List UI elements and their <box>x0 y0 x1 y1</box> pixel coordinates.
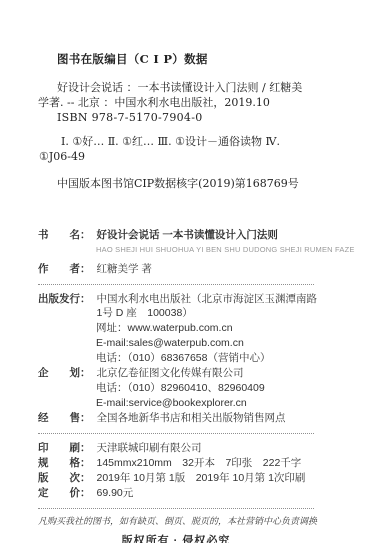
colon: ： <box>80 441 91 455</box>
publisher-email: E-mail:sales@waterpub.com.cn <box>96 336 318 350</box>
colophon-block: 书 名 ： 好设计会说话 一本书读懂设计入门法则 HAO SHEJI HUI S… <box>38 228 318 543</box>
cip-entry-line-1: 好设计会说话 ：一本书读懂设计入门法则 / 红糖美 <box>57 80 338 95</box>
publisher-label: 出版发行 <box>38 292 80 306</box>
colon: ： <box>80 456 91 470</box>
distribution-row: 经 售 ： 全国各地新华书店和相关出版物销售网点 <box>38 411 318 425</box>
format-label: 规 格 <box>38 456 80 470</box>
printing-row: 印 刷 ： 天津联城印刷有限公司 <box>38 441 318 455</box>
printing-group: 印 刷 ： 天津联城印刷有限公司 规 格 ： 145mmx210mm 32开本 … <box>38 441 318 500</box>
copyright-page: 图书在版编目（C I P）数据 好设计会说话 ：一本书读懂设计入门法则 / 红糖… <box>0 0 375 543</box>
cip-block: 图书在版编目（C I P）数据 好设计会说话 ：一本书读懂设计入门法则 / 红糖… <box>38 52 338 191</box>
colon: ： <box>80 228 91 242</box>
publisher-group: 出版发行 ： 中国水利水电出版社（北京市海淀区玉渊潭南路 1号 D 座 1000… <box>38 292 318 425</box>
purchase-notice: 凡购买我社的图书，如有缺页、倒页、脱页的，本社营销中心负责调换 <box>38 516 314 528</box>
dotted-divider-3 <box>38 508 314 509</box>
publisher-name: 中国水利水电出版社（北京市海淀区玉渊潭南路 1号 D 座 100038） <box>97 292 319 320</box>
planning-company: 北京亿卷征图文化传媒有限公司 <box>97 366 244 380</box>
edition-row: 版 次 ： 2019年 10月第 1版 2019年 10月第 1次印刷 <box>38 471 318 485</box>
planning-label: 企 划 <box>38 366 80 380</box>
edition-label: 版 次 <box>38 471 80 485</box>
author-row: 作 者 ： 红糖美学 著 <box>38 262 318 276</box>
book-title-pinyin: HAO SHEJI HUI SHUOHUA YI BEN SHU DUDONG … <box>96 245 318 255</box>
book-title-row: 书 名 ： 好设计会说话 一本书读懂设计入门法则 <box>38 228 318 242</box>
planning-row: 企 划 ： 北京亿卷征图文化传媒有限公司 <box>38 366 318 380</box>
planning-email: E-mail:service@bookexplorer.cn <box>96 396 318 410</box>
distribution-value: 全国各地新华书店和相关出版物销售网点 <box>97 411 286 425</box>
format-value: 145mmx210mm 32开本 7印张 222千字 <box>97 456 302 470</box>
colon: ： <box>80 471 91 485</box>
price-value: 69.90元 <box>97 486 134 500</box>
publisher-website: 网址：www.waterpub.com.cn <box>96 321 318 335</box>
colon: ： <box>80 486 91 500</box>
colon: ： <box>80 411 91 425</box>
cip-classification-line-2: ①J06-49 <box>39 149 338 164</box>
isbn-number: ISBN 978-7-5170-7904-0 <box>57 110 338 125</box>
publisher-row: 出版发行 ： 中国水利水电出版社（北京市海淀区玉渊潭南路 1号 D 座 1000… <box>38 292 318 320</box>
planning-phone: 电话：（010）82960410、82960409 <box>96 381 318 395</box>
colon: ： <box>80 292 91 306</box>
cip-entry-line-2: 学著. -- 北京 ：中国水利水电出版社，2019.10 <box>38 95 338 110</box>
edition-value: 2019年 10月第 1版 2019年 10月第 1次印刷 <box>97 471 306 485</box>
cip-header: 图书在版编目（C I P）数据 <box>57 52 338 67</box>
dotted-divider-1 <box>38 284 314 285</box>
book-title-label: 书 名 <box>38 228 80 242</box>
printing-label: 印 刷 <box>38 441 80 455</box>
format-row: 规 格 ： 145mmx210mm 32开本 7印张 222千字 <box>38 456 318 470</box>
author-value: 红糖美学 著 <box>97 262 152 276</box>
distribution-label: 经 售 <box>38 411 80 425</box>
author-label: 作 者 <box>38 262 80 276</box>
publisher-phone: 电话：（010）68367658（营销中心） <box>96 351 318 365</box>
book-title-value: 好设计会说话 一本书读懂设计入门法则 <box>97 228 278 242</box>
dotted-divider-2 <box>38 433 314 434</box>
price-row: 定 价 ： 69.90元 <box>38 486 318 500</box>
cip-classification-line-1: Ⅰ. ①好… Ⅱ. ①红… Ⅲ. ①设计－通俗读物 Ⅳ. <box>61 134 338 149</box>
printing-value: 天津联城印刷有限公司 <box>97 441 202 455</box>
colon: ： <box>80 366 91 380</box>
colon: ： <box>80 262 91 276</box>
copyright-statement: 版权所有 · 侵权必究 <box>38 534 314 543</box>
price-label: 定 价 <box>38 486 80 500</box>
cip-record-number: 中国版本图书馆CIP数据核字(2019)第168769号 <box>57 176 338 191</box>
